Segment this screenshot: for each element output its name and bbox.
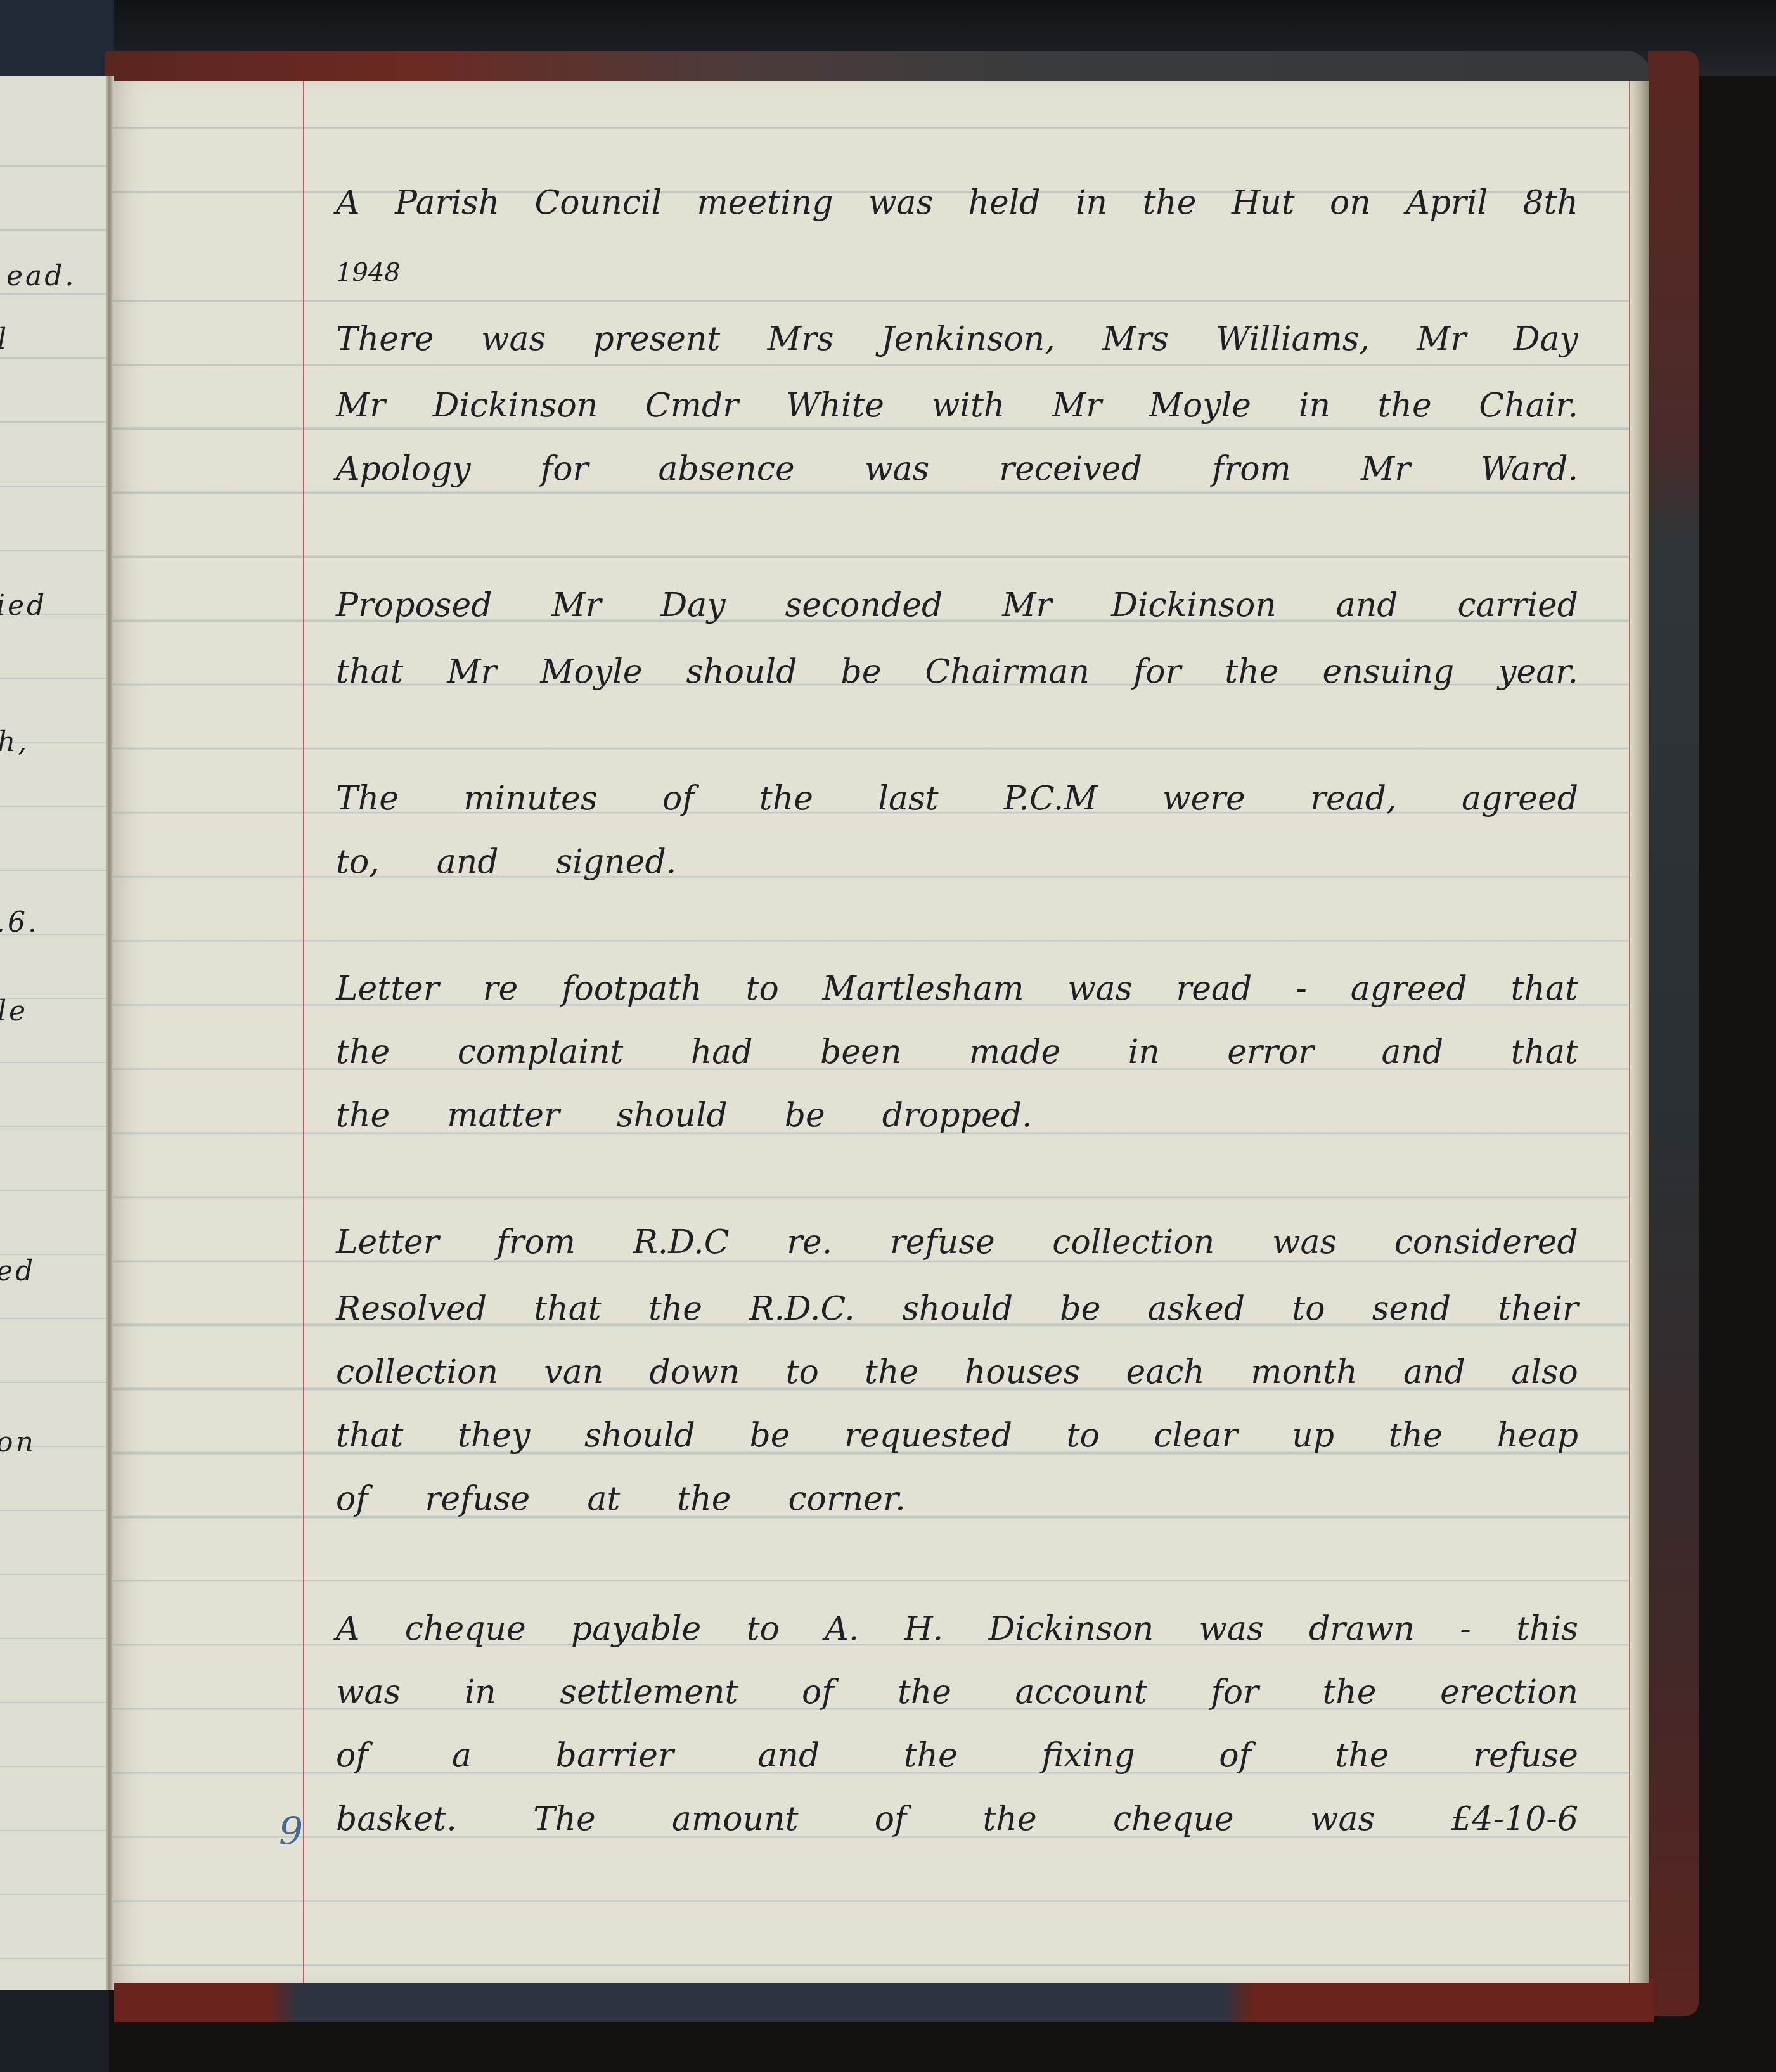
minutes-line: ResolvedthattheR.D.C.shouldbeaskedtosend… (336, 1290, 1578, 1328)
word: meeting (697, 184, 833, 222)
minutes-line: TheminutesofthelastP.C.Mwereread,agreed (336, 780, 1578, 818)
word: of (802, 1673, 834, 1711)
word: Letter (336, 970, 439, 1008)
word: their (1498, 1290, 1578, 1328)
word: last (878, 780, 938, 818)
word: year. (1498, 653, 1578, 691)
word: of (336, 1737, 368, 1775)
word: Williams, (1216, 320, 1370, 358)
word: been (820, 1033, 901, 1071)
word: amount (672, 1800, 799, 1838)
word: to, (336, 843, 380, 881)
word: R.D.C (633, 1223, 730, 1261)
word: Jenkinson, (881, 320, 1055, 358)
word: with (932, 387, 1005, 425)
word: £4-10-6 (1451, 1800, 1578, 1838)
word: from (1212, 450, 1291, 488)
word: the (898, 1673, 951, 1711)
word: and (437, 843, 499, 881)
word: and (1381, 1033, 1443, 1071)
word: that (1511, 970, 1578, 1008)
minutes-line: ApologyforabsencewasreceivedfromMrWard. (336, 450, 1578, 488)
word: Moyle (540, 653, 642, 691)
word: basket. (336, 1800, 457, 1838)
word: Mr (336, 387, 385, 425)
word: Mr (1052, 387, 1102, 425)
binding-right-edge (1648, 51, 1699, 2016)
word: to (745, 970, 778, 1008)
word: for (541, 450, 588, 488)
word: in (1128, 1033, 1160, 1071)
word: fixing (1041, 1737, 1135, 1775)
word: should (617, 1097, 728, 1135)
margin-rule (303, 81, 304, 1983)
word: should (584, 1417, 695, 1455)
word: be (1060, 1290, 1100, 1328)
word: the (1389, 1417, 1443, 1455)
word: seconded (785, 586, 943, 624)
word: White (786, 387, 884, 425)
word: re (483, 970, 518, 1008)
word: heap (1496, 1417, 1578, 1455)
word: The (336, 780, 399, 818)
word: collection (336, 1353, 498, 1391)
word: the (648, 1290, 702, 1328)
word: clear (1154, 1417, 1237, 1455)
word: - (1296, 970, 1307, 1008)
word: Cmdr (645, 387, 738, 425)
left-fragment-text: le (0, 995, 28, 1027)
word: and (1403, 1353, 1465, 1391)
word: to (786, 1353, 819, 1391)
word: was (868, 184, 933, 222)
word: Council (535, 184, 662, 222)
word: refuse (890, 1223, 995, 1261)
left-fragment-text: ead. (6, 260, 76, 292)
word: Mr (1361, 450, 1410, 488)
word: held (968, 184, 1040, 222)
word: complaint (458, 1033, 624, 1071)
word: this (1516, 1610, 1578, 1648)
minutes-line: ofrefuseatthecorner. (336, 1480, 1616, 1518)
word: houses (965, 1353, 1080, 1391)
word: minutes (463, 780, 597, 818)
word: was (481, 320, 546, 358)
word: and (1336, 586, 1398, 624)
minutes-line: thattheyshouldberequestedtoclearupthehea… (336, 1417, 1578, 1455)
word: they (458, 1417, 531, 1455)
word: Letter (336, 1223, 439, 1261)
word: cheque (405, 1610, 526, 1648)
word: P.C.M (1003, 780, 1098, 818)
word: dropped. (882, 1097, 1033, 1135)
word: refuse (425, 1480, 531, 1518)
word: the (1225, 653, 1278, 691)
word: the (1142, 184, 1196, 222)
word: for (1211, 1673, 1259, 1711)
word: A (336, 184, 360, 222)
word: present (593, 320, 721, 358)
word: 1948 (336, 254, 401, 292)
word: should (686, 653, 797, 691)
left-fragment-text: l (0, 323, 9, 356)
book-cover-bottom-left (0, 1990, 109, 2072)
word: from (496, 1223, 576, 1261)
word: send (1372, 1290, 1451, 1328)
word: account (1015, 1673, 1147, 1711)
word: the (1378, 387, 1432, 425)
word: Mr (447, 653, 496, 691)
word: Parish (395, 184, 499, 222)
word: that (534, 1290, 601, 1328)
word: had (691, 1033, 753, 1071)
word: Chairman (925, 653, 1090, 691)
word: refuse (1473, 1737, 1578, 1775)
word: ensuing (1322, 653, 1454, 691)
word: requested (844, 1417, 1012, 1455)
word: be (749, 1417, 790, 1455)
word: signed. (556, 843, 677, 881)
word: read, (1310, 780, 1396, 818)
word: be (785, 1097, 825, 1135)
word: Proposed (336, 586, 492, 624)
left-fragment-text: on (0, 1426, 36, 1458)
word: April (1406, 184, 1488, 222)
word: in (1299, 387, 1330, 425)
left-fragment-text: .6. (0, 906, 39, 939)
word: barrier (556, 1737, 674, 1775)
word: 8th (1523, 184, 1578, 222)
word: Mr (1417, 320, 1466, 358)
left-page-fragment: ead. l ied h, .6. le ed on (0, 76, 109, 1990)
word: of (1219, 1737, 1251, 1775)
word: at (587, 1480, 620, 1518)
word: Day (1514, 320, 1578, 358)
word: received (999, 450, 1142, 488)
word: the (1335, 1737, 1389, 1775)
word: - (1460, 1610, 1471, 1648)
word: Mrs (768, 320, 834, 358)
word: drawn (1309, 1610, 1415, 1648)
word: the (865, 1353, 918, 1391)
word: in (1076, 184, 1107, 222)
word: was (1067, 970, 1132, 1008)
word: asked (1148, 1290, 1245, 1328)
minutes-line: thatMrMoyleshouldbeChairmanfortheensuing… (336, 653, 1578, 691)
word: A (336, 1610, 360, 1648)
word: Chair. (1479, 387, 1578, 425)
word: a (452, 1737, 472, 1775)
word: Apology (336, 450, 471, 488)
word: footpath (562, 970, 702, 1008)
word: matter (447, 1097, 560, 1135)
binding-top-edge (105, 51, 1651, 82)
minutes-line: themattershouldbedropped. (336, 1097, 1616, 1135)
word: up (1292, 1417, 1334, 1455)
minutes-line: AParishCouncilmeetingwasheldintheHutonAp… (336, 184, 1578, 222)
word: considered (1394, 1223, 1578, 1261)
word: agreed (1351, 970, 1467, 1008)
word: the (759, 780, 813, 818)
word: Day (660, 586, 725, 624)
word: down (650, 1353, 740, 1391)
left-fragment-text: ed (0, 1255, 35, 1287)
word: of (336, 1480, 368, 1518)
word: that (336, 653, 403, 691)
word: van (544, 1353, 603, 1391)
word: carried (1457, 586, 1578, 624)
word: Ward. (1480, 450, 1578, 488)
blue-pencil-margin-mark: 9 (279, 1813, 303, 1851)
word: on (1330, 184, 1371, 222)
word: be (840, 653, 881, 691)
word: Mr (1002, 586, 1052, 624)
word: Mrs (1102, 320, 1169, 358)
word: Moyle (1149, 387, 1251, 425)
minutes-line: TherewaspresentMrsJenkinson,MrsWilliams,… (336, 320, 1578, 358)
word: the (904, 1737, 958, 1775)
word: error (1227, 1033, 1314, 1071)
word: the (983, 1800, 1037, 1838)
minutes-line: LetterrefootpathtoMartleshamwasread-agre… (336, 970, 1578, 1008)
word: to (1067, 1417, 1100, 1455)
word: to (747, 1610, 780, 1648)
word: re. (787, 1223, 832, 1261)
word: corner. (788, 1480, 905, 1518)
word: also (1511, 1353, 1578, 1391)
word: was (1310, 1800, 1375, 1838)
word: was (1272, 1223, 1337, 1261)
minutes-line: AchequepayabletoA.H.Dickinsonwasdrawn-th… (336, 1610, 1578, 1648)
word: erection (1440, 1673, 1578, 1711)
word: H. (904, 1610, 943, 1648)
word: payable (571, 1610, 701, 1648)
left-fragment-text: ied (0, 589, 47, 622)
word: of (662, 780, 695, 818)
word: Hut (1232, 184, 1295, 222)
word: was (1199, 1610, 1263, 1648)
word: month (1251, 1353, 1358, 1391)
minutes-line: thecomplainthadbeenmadeinerrorandthat (336, 1033, 1578, 1071)
word: of (875, 1800, 907, 1838)
word: the (1322, 1673, 1376, 1711)
book-cover-left (0, 0, 114, 76)
word: Martlesham (823, 970, 1024, 1008)
word: The (533, 1800, 596, 1838)
minutes-line: ofabarrierandthefixingoftherefuse (336, 1737, 1578, 1775)
word: Resolved (336, 1290, 487, 1328)
minutes-line: wasinsettlementoftheaccountfortheerectio… (336, 1673, 1578, 1711)
minutes-line: to,andsigned. (336, 843, 1616, 881)
left-fragment-text: h, (0, 726, 29, 758)
minutes-line: basket.Theamountofthechequewas£4-10-6 (336, 1800, 1578, 1838)
word: and (757, 1737, 820, 1775)
word: should (902, 1290, 1013, 1328)
word: that (336, 1417, 403, 1455)
minutes-line: MrDickinsonCmdrWhitewithMrMoyleintheChai… (336, 387, 1578, 425)
word: were (1162, 780, 1245, 818)
word: was (336, 1673, 401, 1711)
minutes-line: LetterfromR.D.Cre.refusecollectionwascon… (336, 1223, 1578, 1261)
word: the (677, 1480, 731, 1518)
word: Dickinson (1111, 586, 1277, 624)
word: the (336, 1033, 390, 1071)
word: each (1126, 1353, 1204, 1391)
page-stack-edge (1629, 81, 1649, 1983)
word: A. (825, 1610, 859, 1648)
word: Dickinson (433, 387, 598, 425)
word: made (969, 1033, 1060, 1071)
word: agreed (1462, 780, 1578, 818)
word: the (336, 1097, 390, 1135)
word: settlement (560, 1673, 738, 1711)
word: was (865, 450, 929, 488)
word: in (465, 1673, 496, 1711)
word: Dickinson (989, 1610, 1154, 1648)
word: that (1511, 1033, 1578, 1071)
word: collection (1052, 1223, 1214, 1261)
word: There (336, 320, 434, 358)
word: to (1292, 1290, 1325, 1328)
minutes-line: ProposedMrDaysecondedMrDickinsonandcarri… (336, 586, 1578, 624)
word: R.D.C. (749, 1290, 855, 1328)
word: cheque (1113, 1800, 1234, 1838)
binding-bottom-edge (114, 1978, 1654, 2022)
word: for (1133, 653, 1181, 691)
minutes-line: collectionvandowntothehouseseachmonthand… (336, 1353, 1578, 1391)
word: Mr (551, 586, 601, 624)
minutes-line: 1948 (336, 254, 1616, 292)
word: read (1176, 970, 1252, 1008)
word: absence (659, 450, 795, 488)
